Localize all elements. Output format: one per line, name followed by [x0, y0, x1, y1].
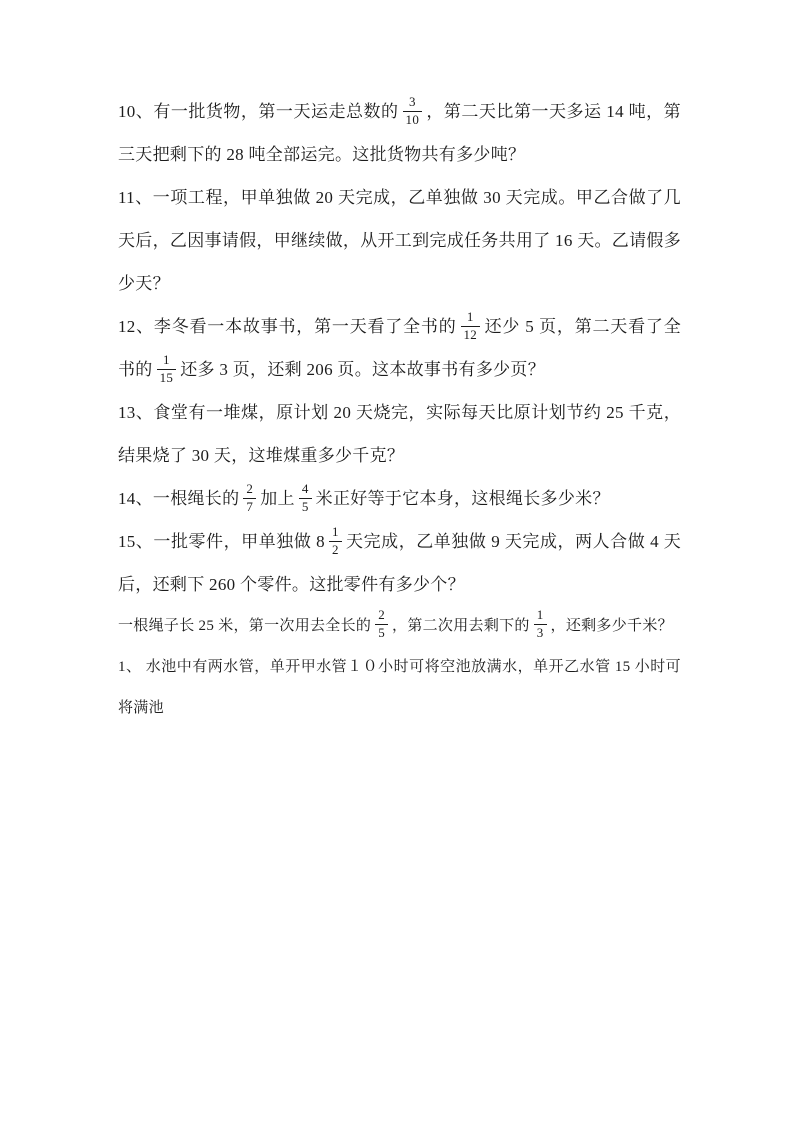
fraction-3-10: 310	[403, 95, 423, 128]
problem-14: 14、一根绳长的27加上45米正好等于它本身，这根绳长多少米？	[118, 477, 681, 520]
fraction-1-2: 12	[329, 525, 342, 558]
fraction-numerator: 1	[534, 608, 547, 625]
document-page: 10、有一批货物，第一天运走总数的310，第二天比第一天多运 14 吨，第三天把…	[0, 0, 793, 1122]
problem-11: 11、一项工程，甲单独做 20 天完成，乙单独做 30 天完成。甲乙合做了几天后…	[118, 176, 681, 305]
fraction-denominator: 5	[375, 625, 388, 641]
fraction-numerator: 2	[243, 482, 256, 499]
fraction-numerator: 1	[329, 525, 342, 542]
fraction-1-12: 112	[461, 310, 481, 343]
fraction-4-5: 45	[299, 482, 312, 515]
fraction-denominator: 15	[157, 370, 177, 386]
fraction-numerator: 2	[375, 608, 388, 625]
problem-10: 10、有一批货物，第一天运走总数的310，第二天比第一天多运 14 吨，第三天把…	[118, 90, 681, 176]
fraction-denominator: 10	[403, 112, 423, 128]
fraction-numerator: 4	[299, 482, 312, 499]
fraction-2-5: 25	[375, 608, 388, 641]
fraction-1-15: 115	[157, 353, 177, 386]
fraction-denominator: 3	[534, 625, 547, 641]
fraction-denominator: 12	[461, 327, 481, 343]
problem-water: 1、 水池中有两水管，单开甲水管１０小时可将空池放满水，单开乙水管 15 小时可…	[118, 647, 681, 729]
fraction-denominator: 2	[329, 542, 342, 558]
fraction-numerator: 3	[403, 95, 423, 112]
problem-13: 13、食堂有一堆煤，原计划 20 天烧完，实际每天比原计划节约 25 千克，结果…	[118, 391, 681, 477]
problem-rope: 一根绳子长 25 米，第一次用去全长的25，第二次用去剩下的13，还剩多少千米？	[118, 606, 681, 647]
fraction-numerator: 1	[157, 353, 177, 370]
fraction-numerator: 1	[461, 310, 481, 327]
problem-12: 12、李冬看一本故事书，第一天看了全书的112还少 5 页，第二天看了全书的11…	[118, 305, 681, 391]
fraction-denominator: 5	[299, 499, 312, 515]
fraction-2-7: 27	[243, 482, 256, 515]
fraction-denominator: 7	[243, 499, 256, 515]
problem-15: 15、一批零件，甲单独做 812天完成，乙单独做 9 天完成，两人合做 4 天后…	[118, 520, 681, 606]
fraction-1-3: 13	[534, 608, 547, 641]
